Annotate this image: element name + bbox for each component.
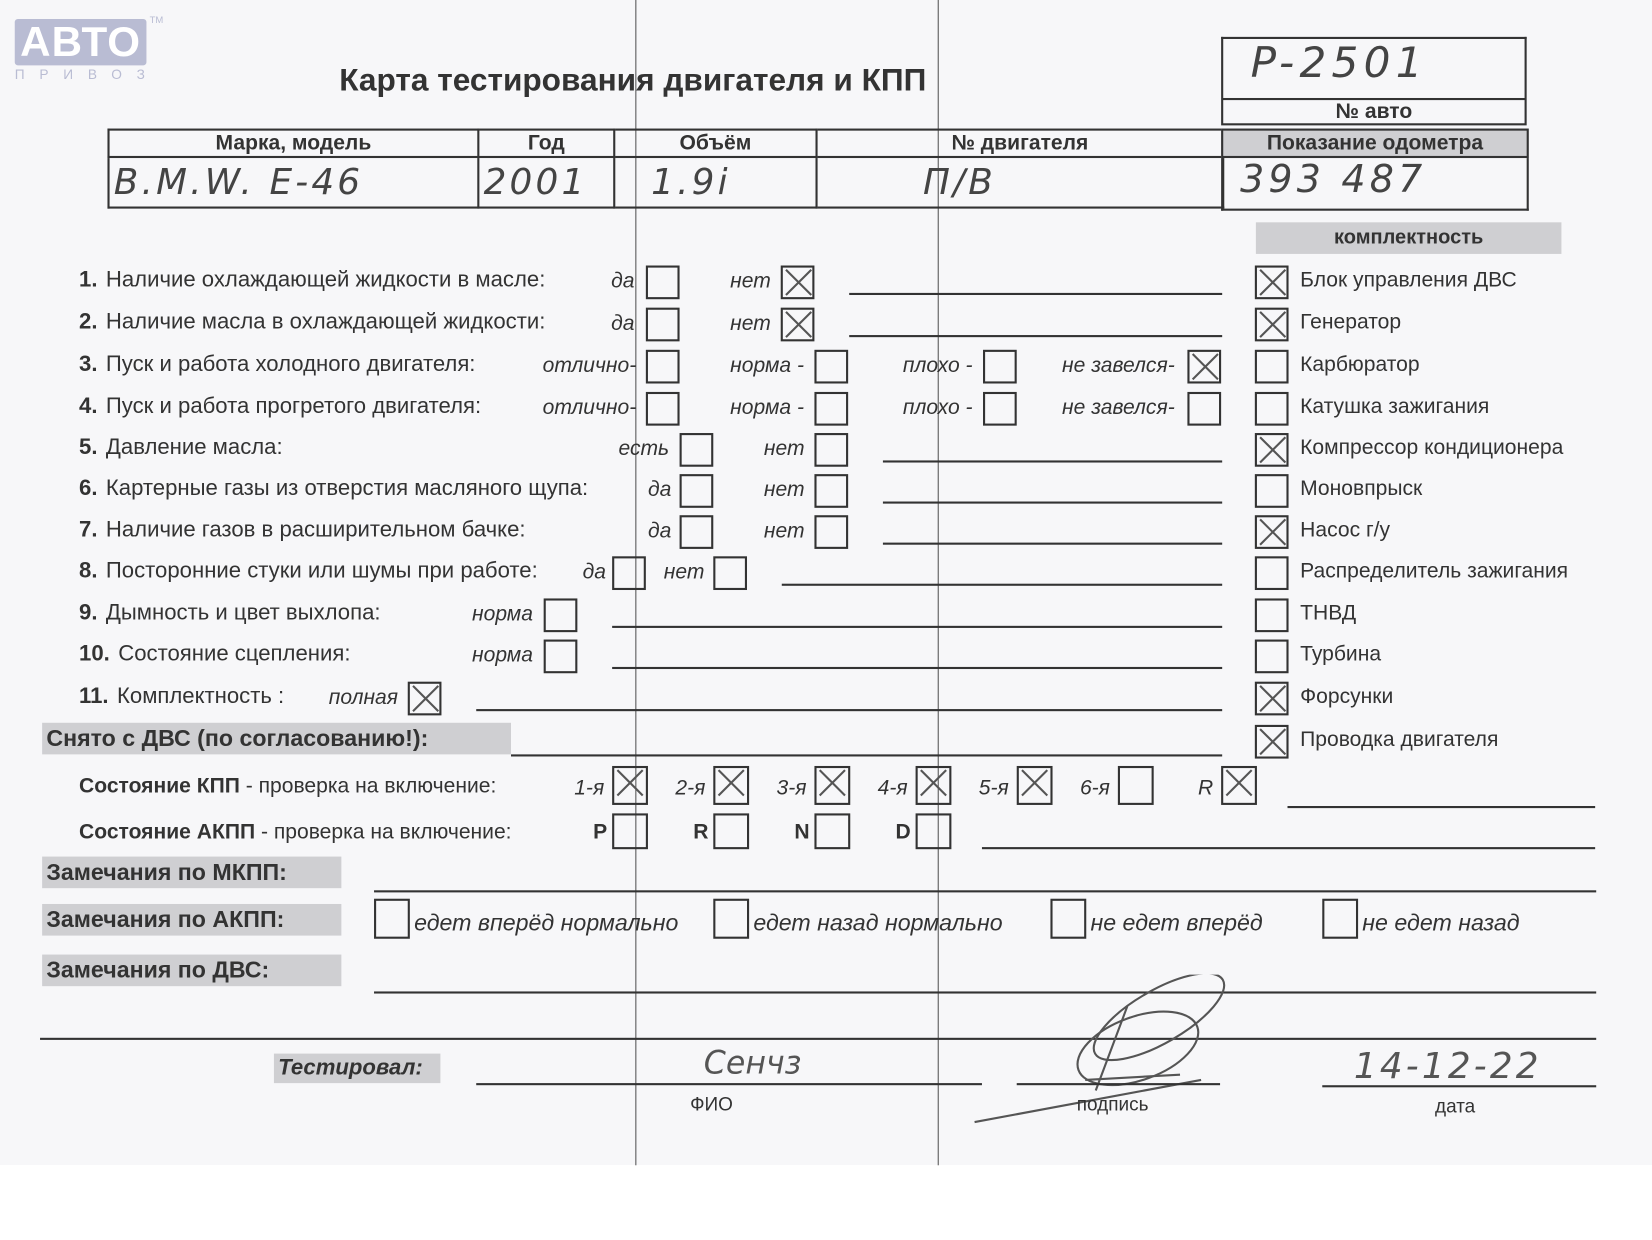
kpp-gear-label: 3-я	[777, 777, 807, 801]
removed-line[interactable]	[511, 754, 1222, 756]
check-number: 9.	[79, 601, 97, 625]
remarks-akpp-label: Замечания по АКПП:	[42, 904, 341, 936]
checkbox-unchecked[interactable]	[646, 266, 680, 300]
completeness-item-label: Форсунки	[1300, 685, 1393, 709]
akpp-remark-label: едет вперёд нормально	[414, 909, 678, 936]
check-row: 10.Состояние сцепления:	[79, 642, 350, 667]
check-label: Состояние сцепления:	[118, 642, 350, 666]
completeness-checkbox[interactable]	[1255, 392, 1289, 426]
check-notes-line[interactable]	[883, 543, 1222, 545]
check-row: 1.Наличие охлаждающей жидкости в масле:	[79, 268, 545, 293]
check-label: Комплектность :	[117, 684, 284, 708]
engine-test-card: АВТО TM ПРИВОЗ Карта тестирования двигат…	[0, 0, 1652, 1240]
trademark: TM	[150, 15, 164, 26]
check-notes-line[interactable]	[782, 584, 1222, 586]
check-number: 7.	[79, 517, 97, 541]
check-number: 6.	[79, 476, 97, 500]
checkbox-unchecked[interactable]	[1187, 392, 1221, 426]
kpp-gear-label: 5-я	[979, 777, 1009, 801]
check-notes-line[interactable]	[883, 502, 1222, 504]
akpp-remark-label: не едет назад	[1362, 909, 1519, 936]
checkbox-unchecked[interactable]	[680, 515, 714, 549]
auto-number-value[interactable]: P-2501	[1221, 37, 1527, 98]
check-option-label: не завелся-	[1062, 354, 1175, 378]
completeness-checkbox[interactable]	[1255, 433, 1289, 467]
check-label: Пуск и работа прогретого двигателя:	[106, 394, 481, 418]
signature-line	[1017, 1083, 1220, 1085]
checkbox-checked[interactable]	[408, 682, 442, 716]
signature-label: подпись	[1077, 1094, 1149, 1116]
kpp-gear-checkbox[interactable]	[814, 766, 850, 805]
tested-by-label: Тестировал:	[274, 1054, 440, 1084]
removed-label: Снято с ДВС (по согласованию!):	[42, 723, 511, 755]
checkbox-unchecked[interactable]	[814, 474, 848, 508]
check-label: Пуск и работа холодного двигателя:	[106, 352, 476, 376]
check-row: 7.Наличие газов в расширительном бачке:	[79, 517, 526, 542]
kpp-gear-checkbox[interactable]	[1118, 766, 1154, 805]
checkbox-unchecked[interactable]	[646, 350, 680, 384]
akpp-gear-label: P	[593, 821, 607, 845]
check-option-label: норма	[472, 603, 533, 627]
check-option-label: нет	[730, 270, 771, 294]
checkbox-unchecked[interactable]	[646, 308, 680, 342]
akpp-gear-label: R	[693, 821, 708, 845]
check-notes-line[interactable]	[476, 709, 1222, 711]
check-label: Картерные газы из отверстия масляного щу…	[106, 476, 588, 500]
check-row: 5.Давление масла:	[79, 435, 283, 460]
completeness-item-label: Проводка двигателя	[1300, 728, 1498, 752]
completeness-item-label: Генератор	[1300, 311, 1401, 335]
check-option-label: да	[648, 519, 671, 543]
kpp-line[interactable]	[1287, 806, 1595, 808]
check-notes-line[interactable]	[849, 293, 1222, 295]
checkbox-checked[interactable]	[1187, 350, 1221, 384]
check-option-label: норма -	[730, 354, 804, 378]
check-option-label: да	[611, 312, 634, 336]
checkbox-checked[interactable]	[781, 266, 815, 300]
header-volume: Объём	[614, 130, 816, 157]
auto-number-label: № авто	[1221, 98, 1527, 125]
completeness-item-label: Распределитель зажигания	[1300, 559, 1568, 583]
logo-subtitle: ПРИВОЗ	[15, 66, 160, 82]
check-option-label: отлично-	[543, 396, 637, 420]
check-option-label: полная	[329, 686, 398, 710]
date-line	[1322, 1085, 1596, 1087]
kpp-gear-checkbox[interactable]	[1221, 766, 1257, 805]
kpp-gear-label: 4-я	[878, 777, 908, 801]
check-option-label: нет	[730, 312, 771, 336]
check-option-label: да	[583, 561, 606, 585]
check-number: 1.	[79, 268, 97, 292]
akpp-gear-checkbox[interactable]	[916, 813, 952, 849]
akpp-gear-label: N	[794, 821, 809, 845]
check-option-label: норма -	[730, 396, 804, 420]
kpp-label: Состояние КПП - проверка на включение:	[79, 774, 496, 798]
completeness-item-label: Катушка зажигания	[1300, 395, 1489, 419]
kpp-gear-label: 1-я	[574, 777, 604, 801]
kpp-label-rest: - проверка на включение:	[240, 774, 496, 797]
value-volume[interactable]: 1.9i	[614, 157, 816, 208]
completeness-title: комплектность	[1256, 222, 1562, 254]
fio-label: ФИО	[690, 1094, 733, 1116]
completeness-checkbox[interactable]	[1255, 682, 1289, 716]
check-option-label: не завелся-	[1062, 396, 1175, 420]
check-option-label: нет	[764, 519, 805, 543]
kpp-gear-checkbox[interactable]	[916, 766, 952, 805]
check-row: 2.Наличие масла в охлаждающей жидкости:	[79, 310, 545, 335]
check-label: Наличие охлаждающей жидкости в масле:	[106, 268, 545, 292]
completeness-checkbox[interactable]	[1255, 308, 1289, 342]
check-row: 11.Комплектность :	[79, 684, 284, 709]
fio-value[interactable]: Сенчз	[704, 1045, 802, 1082]
odometer-label: Показание одометра	[1221, 129, 1529, 159]
fio-line	[476, 1083, 982, 1085]
check-option-label: нет	[764, 437, 805, 461]
check-option-label: плохо -	[903, 354, 973, 378]
check-number: 5.	[79, 435, 97, 459]
completeness-item-label: Насос г/у	[1300, 518, 1390, 542]
checkbox-unchecked[interactable]	[544, 640, 578, 674]
akpp-label-bold: Состояние АКПП	[79, 821, 255, 844]
check-option-label: нет	[664, 561, 705, 585]
akpp-remark-checkbox[interactable]	[1050, 899, 1086, 939]
vehicle-table: Марка, модель Год Объём № двигателя B.M.…	[107, 129, 1224, 209]
completeness-checkbox[interactable]	[1255, 598, 1289, 632]
akpp-gear-checkbox[interactable]	[814, 813, 850, 849]
check-option-label: отлично-	[543, 354, 637, 378]
check-notes-line[interactable]	[849, 335, 1222, 337]
checkbox-checked[interactable]	[781, 308, 815, 342]
check-row: 8.Посторонние стуки или шумы при работе:	[79, 558, 538, 583]
odometer-value[interactable]: 393 487	[1221, 158, 1529, 211]
checkbox-unchecked[interactable]	[814, 350, 848, 384]
check-number: 8.	[79, 558, 97, 582]
akpp-line[interactable]	[982, 847, 1595, 849]
date-label: дата	[1435, 1096, 1475, 1118]
date-value[interactable]: 14-12-22	[1354, 1045, 1542, 1087]
header-year: Год	[478, 130, 614, 157]
header-make-model: Марка, модель	[109, 130, 479, 157]
remarks-mkpp-line[interactable]	[374, 890, 1596, 892]
checkbox-unchecked[interactable]	[680, 433, 714, 467]
completeness-item-label: Компрессор кондиционера	[1300, 436, 1563, 460]
page-title: Карта тестирования двигателя и КПП	[339, 63, 926, 99]
completeness-checkbox[interactable]	[1255, 350, 1289, 384]
logo: АВТО	[15, 19, 147, 65]
completeness-item-label: Моновпрыск	[1300, 477, 1422, 501]
akpp-label: Состояние АКПП - проверка на включение:	[79, 821, 512, 845]
check-row: 6.Картерные газы из отверстия масляного …	[79, 476, 588, 501]
remarks-dvs-label: Замечания по ДВС:	[42, 955, 341, 987]
completeness-item-label: ТНВД	[1300, 602, 1356, 626]
completeness-checkbox[interactable]	[1255, 640, 1289, 674]
completeness-checkbox[interactable]	[1255, 515, 1289, 549]
check-label: Наличие масла в охлаждающей жидкости:	[106, 310, 545, 334]
checkbox-unchecked[interactable]	[814, 392, 848, 426]
checkbox-unchecked[interactable]	[814, 515, 848, 549]
akpp-remark-label: не едет вперёд	[1090, 909, 1262, 936]
checkbox-unchecked[interactable]	[612, 556, 646, 590]
check-option-label: есть	[618, 437, 669, 461]
akpp-remark-checkbox[interactable]	[374, 899, 410, 939]
check-label: Наличие газов в расширительном бачке:	[106, 517, 526, 541]
header-engine-no: № двигателя	[817, 130, 1224, 157]
akpp-remark-checkbox[interactable]	[713, 899, 749, 939]
kpp-gear-label: 6-я	[1080, 777, 1110, 801]
completeness-checkbox[interactable]	[1255, 556, 1289, 590]
kpp-label-bold: Состояние КПП	[79, 774, 240, 797]
checkbox-unchecked[interactable]	[814, 433, 848, 467]
check-label: Дымность и цвет выхлопа:	[106, 601, 381, 625]
kpp-gear-label: 2-я	[675, 777, 705, 801]
check-number: 10.	[79, 642, 110, 666]
kpp-gear-checkbox[interactable]	[713, 766, 749, 805]
completeness-item-label: Карбюратор	[1300, 353, 1419, 377]
completeness-item-label: Турбина	[1300, 643, 1381, 667]
check-option-label: нет	[764, 478, 805, 502]
kpp-gear-checkbox[interactable]	[612, 766, 648, 805]
checkbox-unchecked[interactable]	[680, 474, 714, 508]
check-row: 9.Дымность и цвет выхлопа:	[79, 601, 381, 626]
checkbox-unchecked[interactable]	[983, 350, 1017, 384]
remarks-mkpp-label: Замечания по МКПП:	[42, 857, 341, 889]
check-number: 11.	[79, 684, 109, 708]
value-make-model[interactable]: B.M.W. E-46	[109, 157, 479, 208]
kpp-gear-label: R	[1198, 777, 1213, 801]
kpp-gear-checkbox[interactable]	[1017, 766, 1053, 805]
checkbox-unchecked[interactable]	[983, 392, 1017, 426]
completeness-item-label: Блок управления ДВС	[1300, 269, 1517, 293]
completeness-checkbox[interactable]	[1255, 266, 1289, 300]
checkbox-unchecked[interactable]	[646, 392, 680, 426]
check-number: 4.	[79, 394, 97, 418]
akpp-gear-checkbox[interactable]	[713, 813, 749, 849]
akpp-gear-label: D	[896, 821, 911, 845]
checkbox-unchecked[interactable]	[544, 598, 578, 632]
check-option-label: норма	[472, 644, 533, 668]
check-option-label: да	[611, 270, 634, 294]
value-engine-no[interactable]: П/В	[817, 157, 1224, 208]
checkbox-unchecked[interactable]	[713, 556, 747, 590]
akpp-remark-label: едет назад нормально	[753, 909, 1002, 936]
check-option-label: да	[648, 478, 671, 502]
completeness-checkbox[interactable]	[1255, 474, 1289, 508]
check-label: Давление масла:	[106, 435, 283, 459]
check-notes-line[interactable]	[612, 626, 1222, 628]
remarks-dvs-line-2[interactable]	[40, 1038, 1596, 1040]
check-label: Посторонние стуки или шумы при работе:	[106, 558, 538, 582]
check-notes-line[interactable]	[612, 667, 1222, 669]
akpp-label-rest: - проверка на включение:	[255, 821, 511, 844]
akpp-remark-checkbox[interactable]	[1322, 899, 1358, 939]
value-year[interactable]: 2001	[478, 157, 614, 208]
check-number: 2.	[79, 310, 97, 334]
check-row: 4.Пуск и работа прогретого двигателя:	[79, 394, 481, 419]
check-notes-line[interactable]	[883, 460, 1222, 462]
check-row: 3.Пуск и работа холодного двигателя:	[79, 352, 475, 377]
akpp-gear-checkbox[interactable]	[612, 813, 648, 849]
check-option-label: плохо -	[903, 396, 973, 420]
completeness-checkbox[interactable]	[1255, 725, 1289, 759]
check-number: 3.	[79, 352, 97, 376]
